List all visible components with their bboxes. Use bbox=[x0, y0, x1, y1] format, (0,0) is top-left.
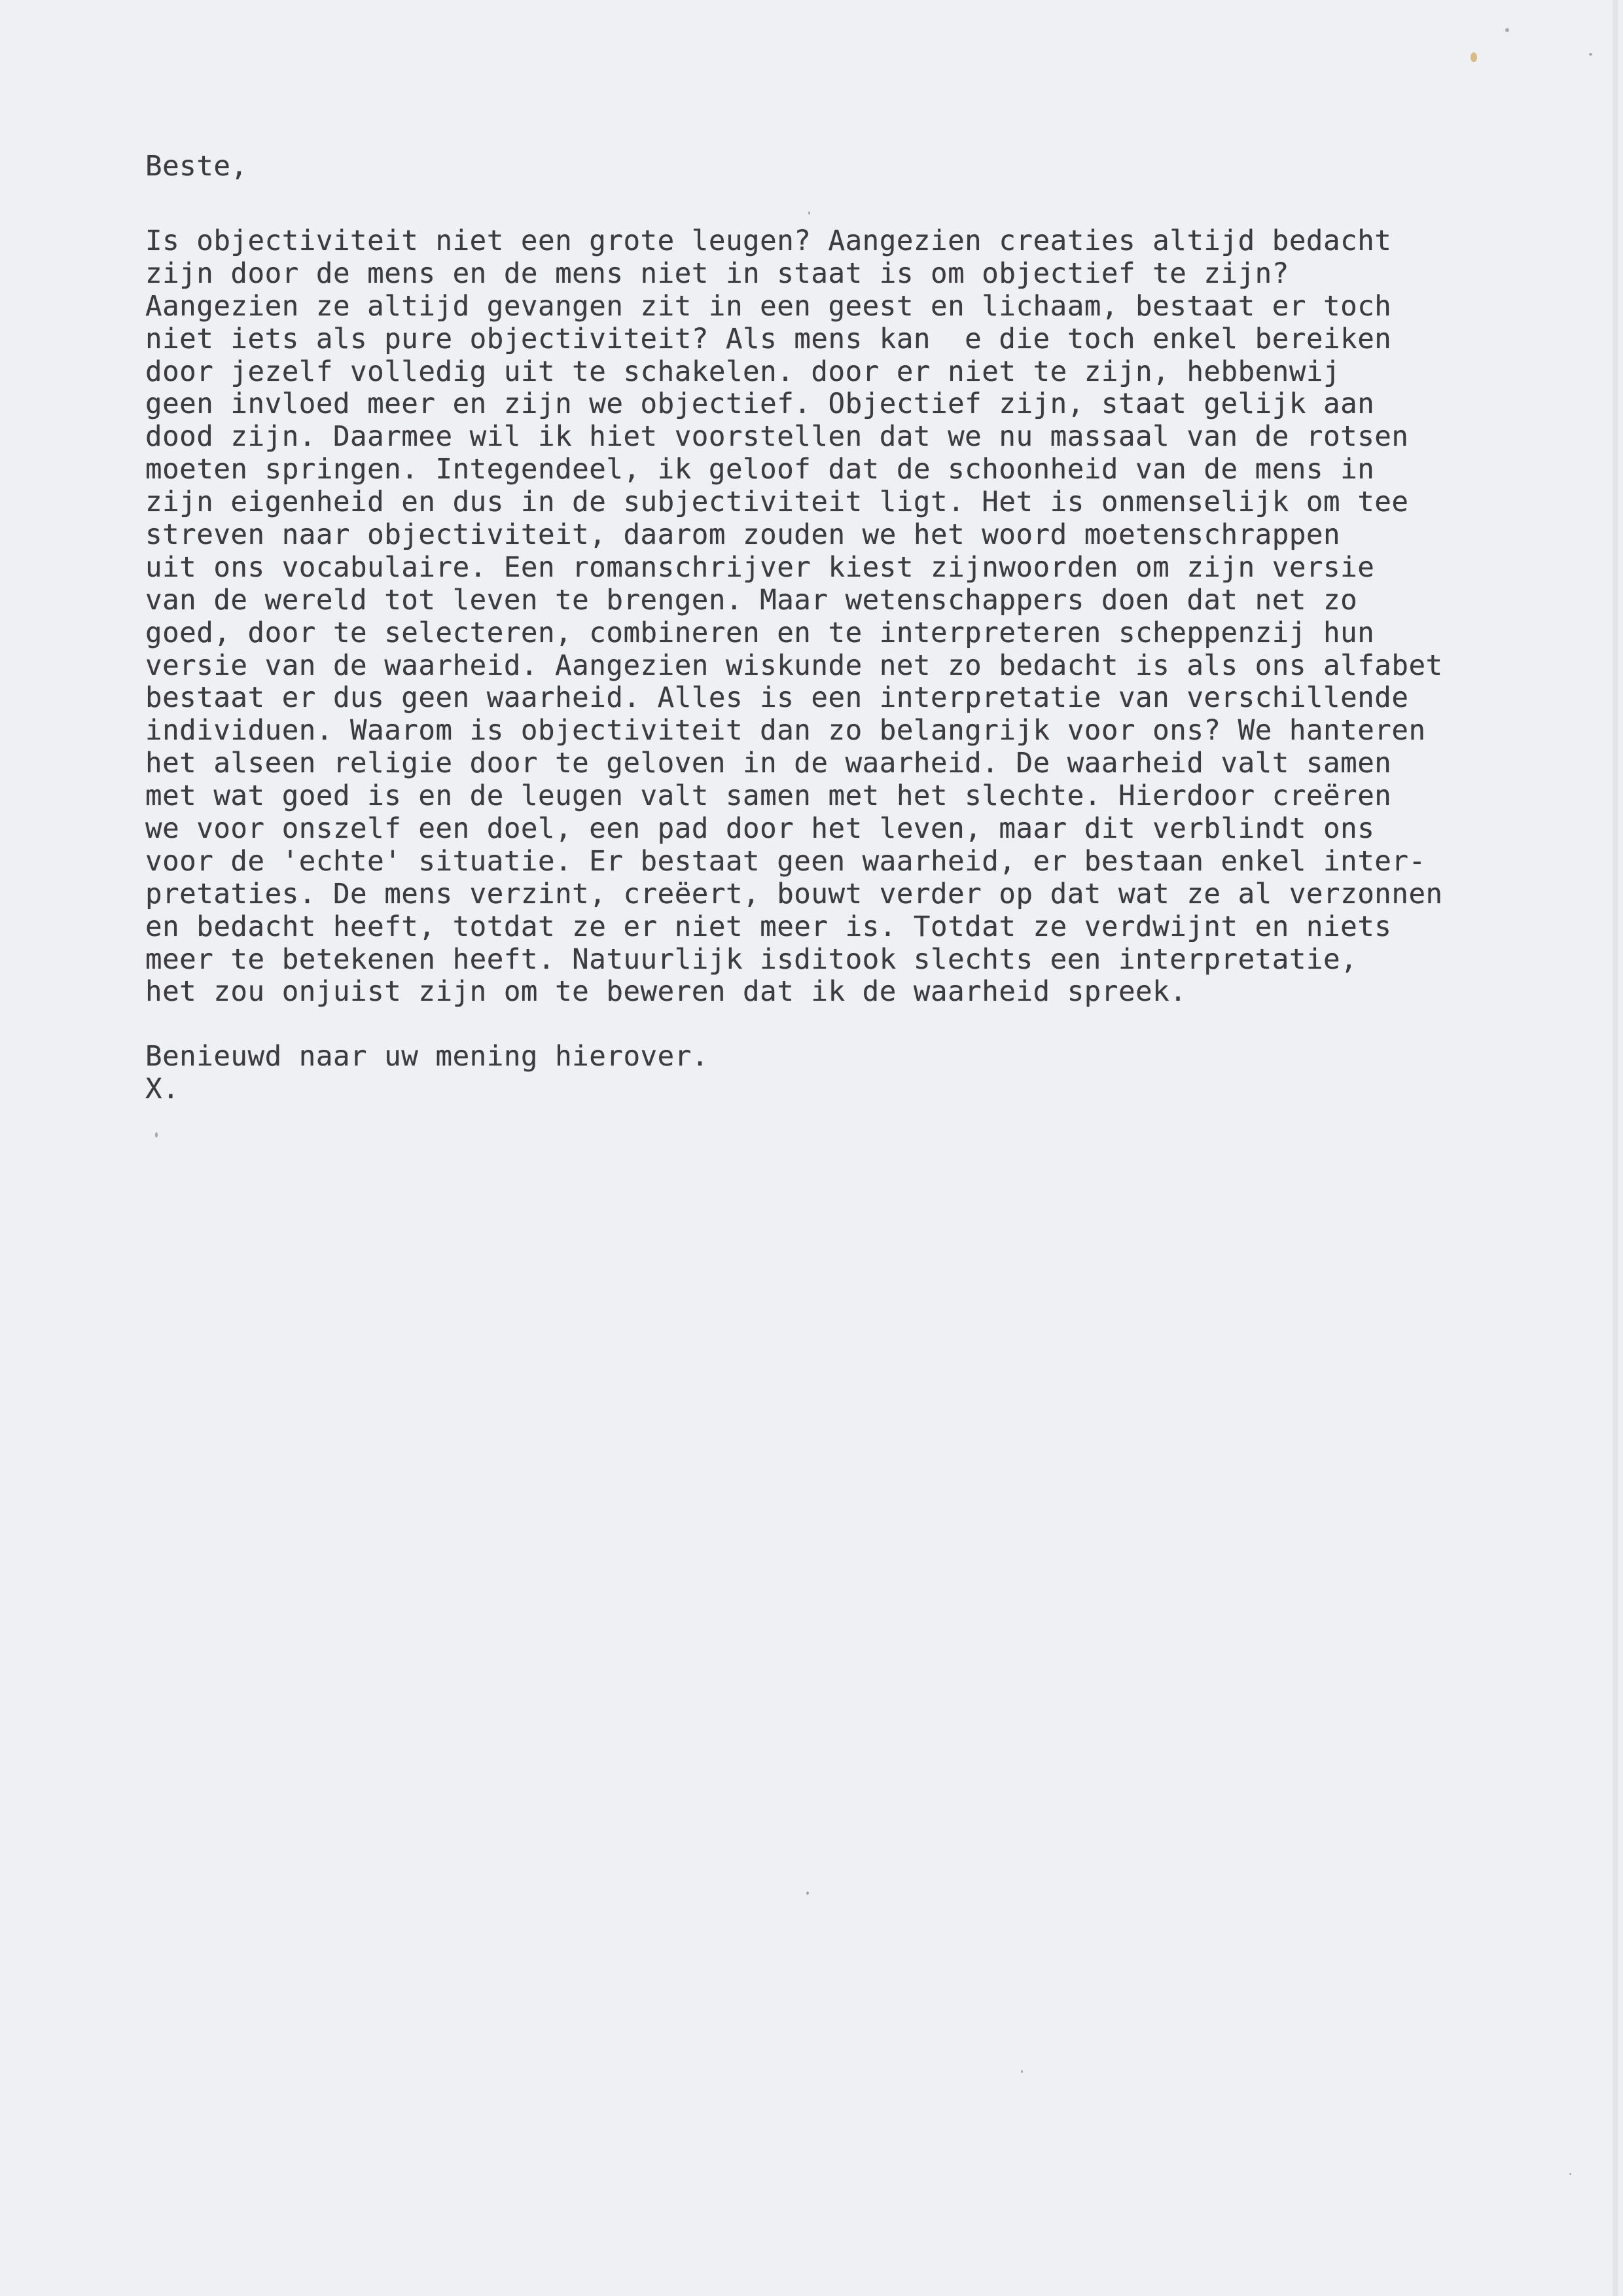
letter-body-line: streven naar objectiviteit, daarom zoude… bbox=[145, 519, 1443, 552]
letter-body-line: niet iets als pure objectiviteit? Als me… bbox=[145, 323, 1443, 356]
letter-body-line: geen invloed meer en zijn we objectief. … bbox=[145, 388, 1443, 421]
letter-body-line: versie van de waarheid. Aangezien wiskun… bbox=[145, 650, 1443, 683]
paper-speck bbox=[1021, 2070, 1023, 2073]
paper-speck bbox=[1569, 2173, 1571, 2175]
letter-body-line: met wat goed is en de leugen valt samen … bbox=[145, 780, 1443, 813]
paper-speck bbox=[806, 1892, 809, 1895]
letter-body-line: bestaat er dus geen waarheid. Alles is e… bbox=[145, 682, 1443, 715]
letter-body-line: moeten springen. Integendeel, ik geloof … bbox=[145, 454, 1443, 486]
letter-body-line: door jezelf volledig uit te schakelen. d… bbox=[145, 356, 1443, 389]
paper-speck bbox=[1589, 53, 1592, 56]
letter-body-line: Is objectiviteit niet een grote leugen? … bbox=[145, 225, 1443, 258]
letter-body-line: het alseen religie door te geloven in de… bbox=[145, 747, 1443, 780]
letter-body-line: het zou onjuist zijn om te beweren dat i… bbox=[145, 976, 1443, 1009]
letter-body-line: voor de 'echte' situatie. Er bestaat gee… bbox=[145, 846, 1443, 878]
scanned-page: Beste, Is objectiviteit niet een grote l… bbox=[0, 0, 1618, 2296]
letter-body: Is objectiviteit niet een grote leugen? … bbox=[145, 225, 1443, 1009]
letter-body-line: we voor onszelf een doel, een pad door h… bbox=[145, 813, 1443, 846]
letter-signature: X. bbox=[145, 1073, 1443, 1106]
letter-body-line: dood zijn. Daarmee wil ik hiet voorstell… bbox=[145, 421, 1443, 454]
letter-body-line: meer te betekenen heeft. Natuurlijk isdi… bbox=[145, 944, 1443, 977]
paper-stain bbox=[1471, 52, 1477, 62]
letter-salutation: Beste, bbox=[145, 151, 1443, 183]
letter-body-line: goed, door te selecteren, combineren en … bbox=[145, 617, 1443, 650]
letter-body-line: zijn door de mens en de mens niet in sta… bbox=[145, 258, 1443, 291]
paper-speck bbox=[1505, 28, 1509, 32]
letter-body-line: van de wereld tot leven te brengen. Maar… bbox=[145, 584, 1443, 617]
letter-body-line: en bedacht heeft, totdat ze er niet meer… bbox=[145, 911, 1443, 944]
letter-body-line: zijn eigenheid en dus in de subjectivite… bbox=[145, 486, 1443, 519]
letter-body-line: uit ons vocabulaire. Een romanschrijver … bbox=[145, 552, 1443, 584]
typewritten-letter: Beste, Is objectiviteit niet een grote l… bbox=[145, 151, 1443, 1106]
letter-closing: Benieuwd naar uw mening hierover. bbox=[145, 1041, 1443, 1073]
letter-closing-block: Benieuwd naar uw mening hierover. X. bbox=[145, 1041, 1443, 1106]
letter-body-line: individuen. Waarom is objectiviteit dan … bbox=[145, 715, 1443, 747]
paper-speck bbox=[155, 1132, 158, 1138]
page-edge-shadow bbox=[1613, 0, 1618, 2296]
letter-body-line: pretaties. De mens verzint, creëert, bou… bbox=[145, 878, 1443, 911]
letter-body-line: Aangezien ze altijd gevangen zit in een … bbox=[145, 291, 1443, 323]
